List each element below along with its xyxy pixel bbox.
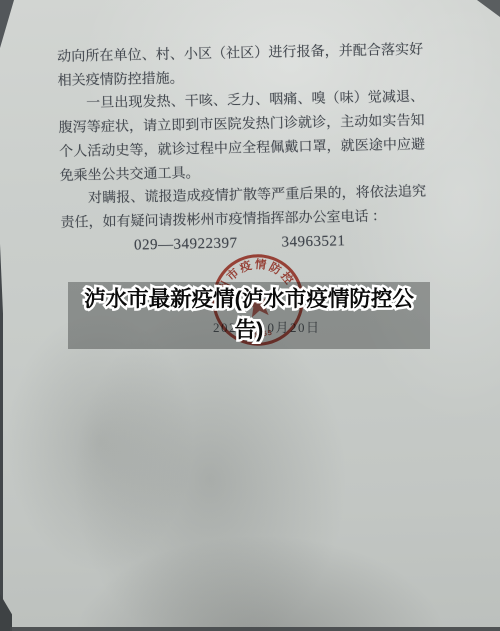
phone-number-1: 029—34922397 — [134, 235, 238, 253]
photo-edge-top-right — [477, 0, 500, 17]
caption-line-2: 告) 告) — [68, 315, 430, 346]
photo-edge-left — [0, 244, 3, 631]
caption-line-1-text: 泸水市最新疫情(泸水市疫情防控公 — [68, 284, 430, 315]
caption: 泸水市最新疫情(泸水市疫情防控公 泸水市最新疫情(泸水市疫情防控公 告) 告) — [68, 284, 430, 346]
notice-paragraph-2: 一旦出现发热、干咳、乏力、咽痛、嗅（味）觉减退、腹泻等症状，请立即到市医院发热门… — [58, 86, 426, 188]
photo-edge-top-left — [0, 0, 14, 48]
caption-line-1: 泸水市最新疫情(泸水市疫情防控公 泸水市最新疫情(泸水市疫情防控公 — [68, 284, 430, 315]
notice-body-text: 动向所在单位、村、小区（社区）进行报备，并配合落实好相关疫情防控措施。 一旦出现… — [57, 39, 427, 260]
notice-paragraph-3: 对瞒报、谎报造成疫情扩散等严重后果的，将依法追究责任，如有疑问请拨彬州市疫情指挥… — [60, 181, 427, 236]
notice-paragraph-1: 动向所在单位、村、小区（社区）进行报备，并配合落实好相关疫情防控措施。 — [57, 39, 424, 94]
document-photo: 动向所在单位、村、小区（社区）进行报备，并配合落实好相关疫情防控措施。 一旦出现… — [0, 0, 500, 631]
photo-edge-bottom-left — [0, 594, 12, 631]
caption-line-2-text: 告) — [68, 315, 430, 346]
photo-edge-bottom — [10, 627, 500, 631]
